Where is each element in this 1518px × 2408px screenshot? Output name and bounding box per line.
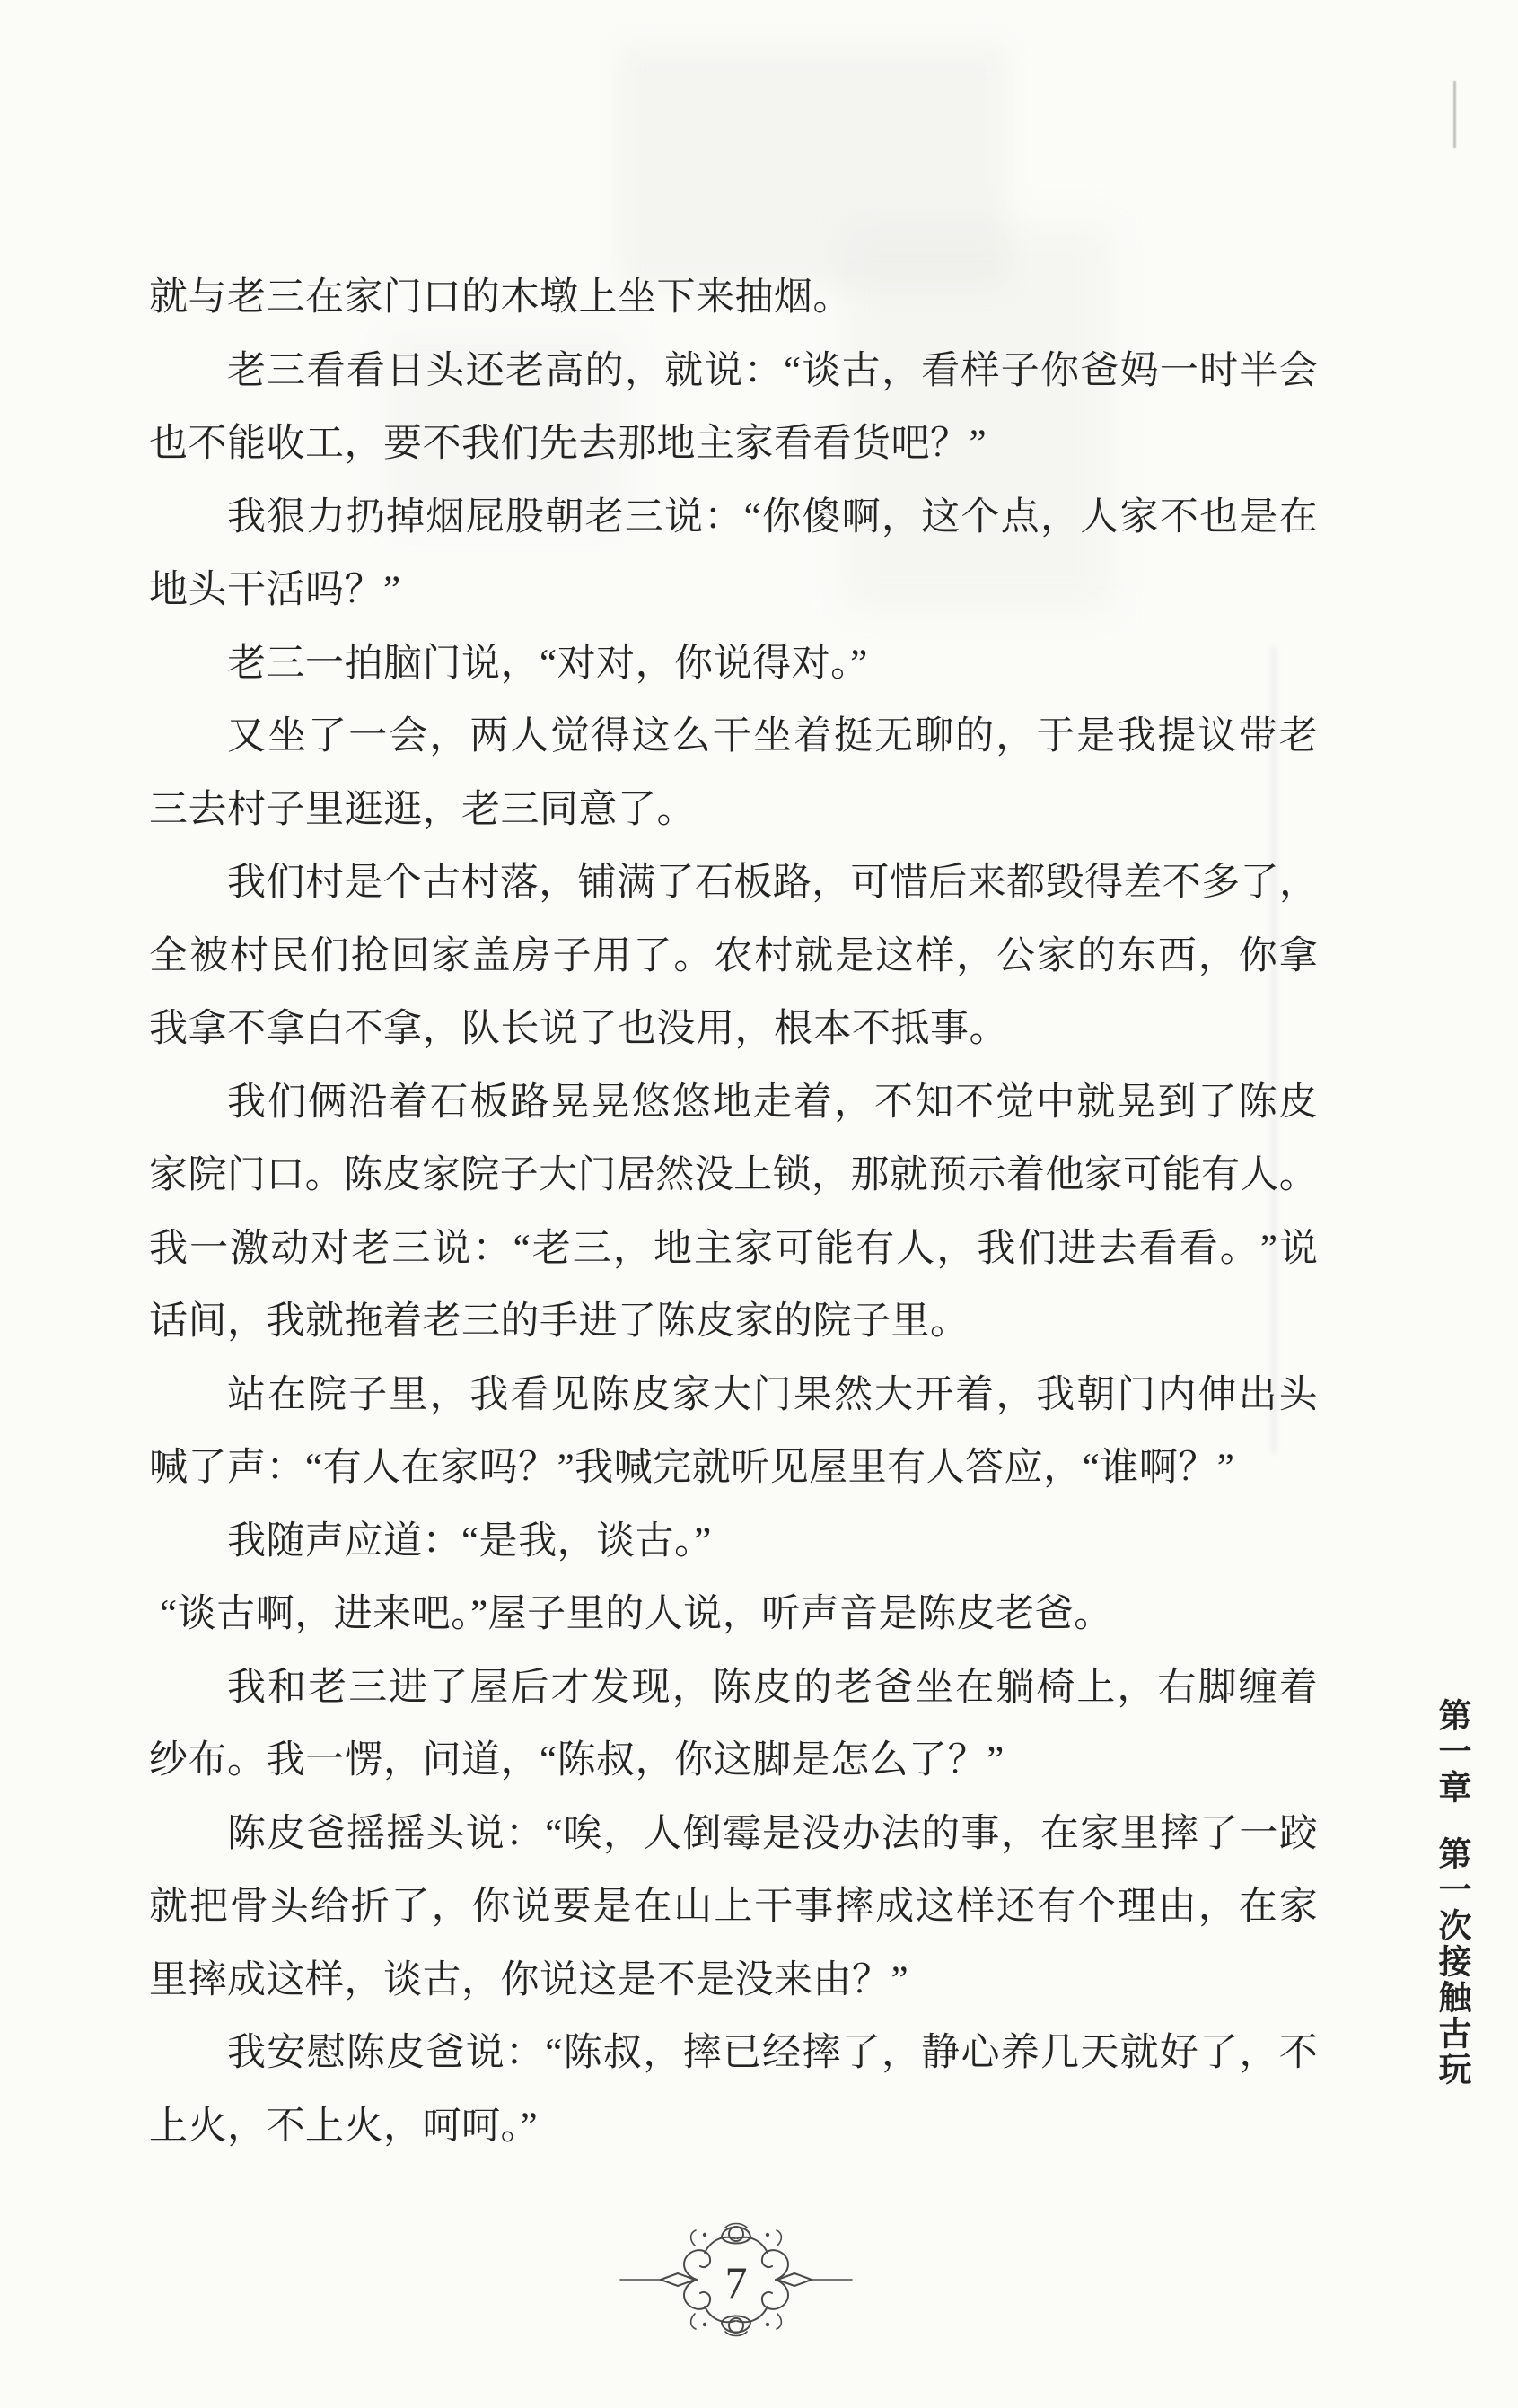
page-ornament: 7 (618, 2215, 855, 2344)
text-line: 老三一拍脑门说，“对对，你说得对。” (149, 627, 1318, 701)
text-line: 也不能收工，要不我们先去那地主家看看货吧？” (149, 407, 1318, 481)
text-line: 我随声应道：“是我，谈古。” (149, 1505, 1318, 1579)
text-line: 我安慰陈皮爸说：“陈叔，摔已经摔了，静心养几天就好了，不 (149, 2017, 1318, 2090)
text-line: 三去村子里逛逛，老三同意了。 (149, 774, 1318, 847)
text-line: 陈皮爸摇摇头说：“唉，人倒霉是没办法的事，在家里摔了一跤 (149, 1798, 1318, 1871)
text-line: 里摔成这样，谈古，你说这是不是没来由？” (149, 1944, 1318, 2018)
text-line: 我们村是个古村落，铺满了石板路，可惜后来都毁得差不多了， (149, 846, 1318, 920)
text-line: 我们俩沿着石板路晃晃悠悠地走着，不知不觉中就晃到了陈皮 (149, 1066, 1318, 1140)
text-line: 我和老三进了屋后才发现，陈皮的老爸坐在躺椅上，右脚缠着 (149, 1651, 1318, 1725)
chapter-side-title: 第一章 第一次接触古玩 (1426, 1698, 1475, 2088)
text-line: 又坐了一会，两人觉得这么干坐着挺无聊的，于是我提议带老 (149, 700, 1318, 774)
text-line: 话间，我就拖着老三的手进了陈皮家的院子里。 (149, 1285, 1318, 1359)
body-text: 就与老三在家门口的木墩上坐下来抽烟。老三看看日头还老高的，就说：“谈古，看样子你… (149, 261, 1318, 2163)
scan-artifact (619, 45, 1005, 287)
page-number: 7 (618, 2256, 855, 2308)
text-line: 我一激动对老三说：“老三，地主家可能有人，我们进去看看。”说 (149, 1213, 1318, 1286)
text-line: 我拿不拿白不拿，队长说了也没用，根本不抵事。 (149, 993, 1318, 1066)
text-line: 我狠力扔掉烟屁股朝老三说：“你傻啊，这个点，人家不也是在 (149, 481, 1318, 555)
text-line: 地头干活吗？” (149, 554, 1318, 627)
text-line: 就与老三在家门口的木墩上坐下来抽烟。 (149, 261, 1318, 335)
text-line: 全被村民们抢回家盖房子用了。农村就是这样，公家的东西，你拿 (149, 920, 1318, 994)
text-line: 站在院子里，我看见陈皮家大门果然大开着，我朝门内伸出头 (149, 1359, 1318, 1432)
chapter-number: 第一章 (1426, 1698, 1475, 1806)
text-line: 就把骨头给折了，你说要是在山上干事摔成这样还有个理由，在家 (149, 1870, 1318, 1944)
text-line: 家院门口。陈皮家院子大门居然没上锁，那就预示着他家可能有人。 (149, 1139, 1318, 1213)
text-line: 喊了声：“有人在家吗？”我喊完就听见屋里有人答应，“谁啊？” (149, 1432, 1318, 1505)
scan-artifact (1453, 81, 1456, 148)
text-line: 上火，不上火，呵呵。” (149, 2090, 1318, 2164)
book-page: 就与老三在家门口的木墩上坐下来抽烟。老三看看日头还老高的，就说：“谈古，看样子你… (0, 0, 1518, 2408)
text-line: 纱布。我一愣，问道，“陈叔，你这脚是怎么了？” (149, 1724, 1318, 1798)
chapter-title: 第一次接触古玩 (1426, 1836, 1475, 2088)
text-line: “谈古啊，进来吧。”屋子里的人说，听声音是陈皮老爸。 (149, 1578, 1318, 1651)
text-line: 老三看看日头还老高的，就说：“谈古，看样子你爸妈一时半会 (149, 335, 1318, 408)
